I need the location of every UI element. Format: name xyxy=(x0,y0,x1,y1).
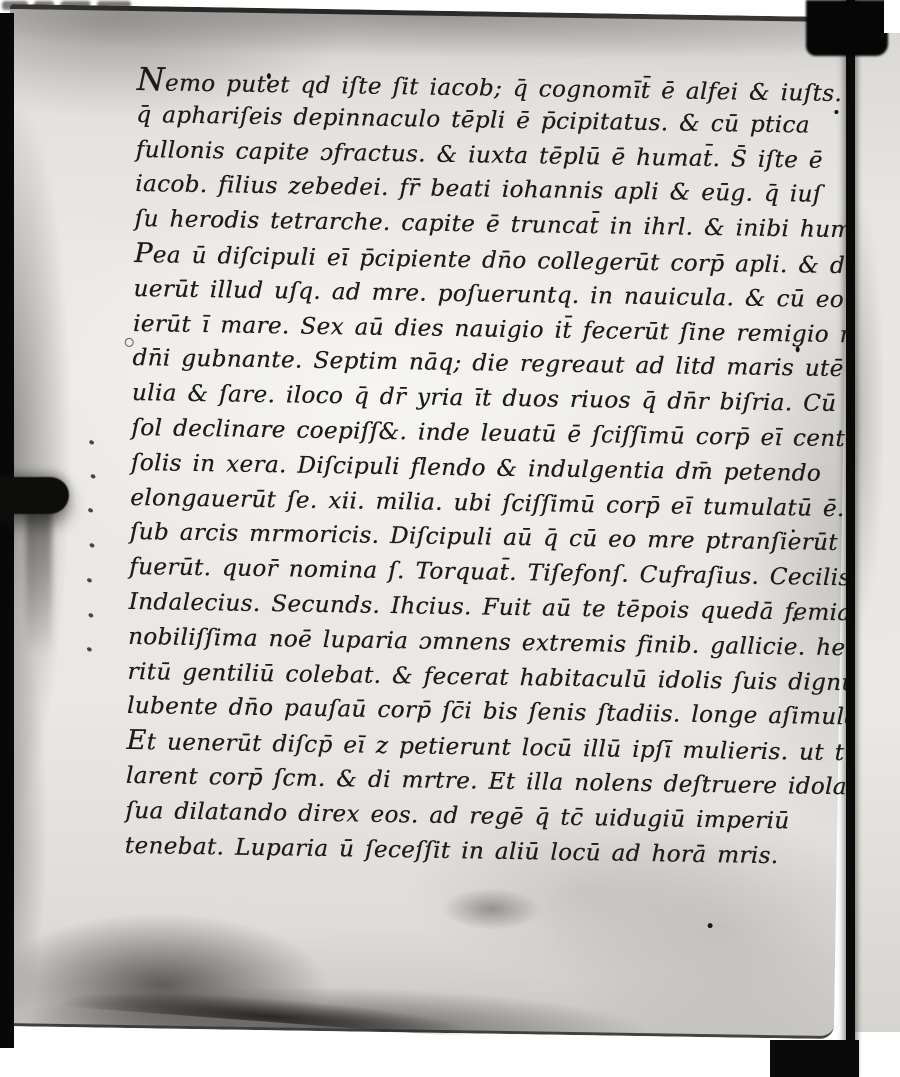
pricking-dot xyxy=(89,542,95,548)
pricking-dot xyxy=(88,612,94,618)
pricking-dot xyxy=(87,507,93,513)
pricking-dot xyxy=(86,646,92,652)
binding-corner-top-right xyxy=(806,0,888,56)
ink-speck xyxy=(792,529,795,532)
gutter-crease-line xyxy=(846,0,855,1077)
binding-edge-left xyxy=(0,13,14,1048)
adjacent-page-sliver xyxy=(855,0,900,1032)
pricking-dot xyxy=(88,439,94,445)
ink-speck xyxy=(792,617,795,621)
ink-speck xyxy=(708,923,713,928)
clasp-ink-smear xyxy=(26,505,52,655)
text-block: Nemo putet qd iſte ſit iacob; q̄ cognomī… xyxy=(125,63,843,874)
pricking-dot xyxy=(86,577,92,583)
binding-corner-bottom-right xyxy=(770,1040,859,1077)
pricking-dot xyxy=(90,473,96,479)
bottom-fold-shadow xyxy=(51,944,534,1042)
margin-mark xyxy=(125,338,134,347)
photo-background-corner xyxy=(884,0,900,33)
ink-speck xyxy=(834,110,838,114)
manuscript-photograph: Nemo putet qd iſte ſit iacob; q̄ cognomī… xyxy=(0,0,900,1077)
binding-clasp xyxy=(0,477,69,514)
parchment-page: Nemo putet qd iſte ſit iacob; q̄ cognomī… xyxy=(0,4,850,1039)
